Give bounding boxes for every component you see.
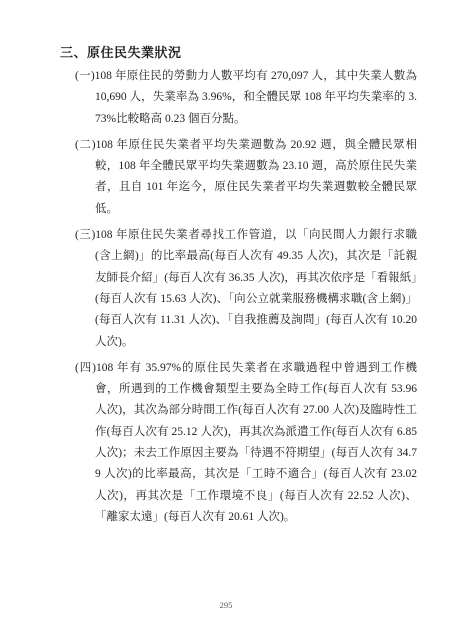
paragraph-marker: (四)	[75, 362, 96, 374]
body-paragraph: (一)108 年原住民的勞動力人數平均有 270,097 人，其中失業人數為 1…	[75, 66, 417, 130]
paragraph-list: (一)108 年原住民的勞動力人數平均有 270,097 人，其中失業人數為 1…	[75, 66, 417, 533]
body-paragraph: (三)108 年原住民失業者尋找工作管道，以「向民間人力銀行求職(含上網)」的比…	[75, 225, 417, 353]
paragraph-marker: (二)	[75, 139, 96, 151]
body-paragraph: (四)108 年有 35.97%的原住民失業者在求職過程中曾遇到工作機會，所遇到…	[75, 358, 417, 528]
section-heading: 三、原住民失業狀況	[60, 42, 182, 61]
paragraph-text: 108 年有 35.97%的原住民失業者在求職過程中曾遇到工作機會，所遇到的工作…	[95, 362, 417, 523]
paragraph-marker: (一)	[75, 70, 95, 82]
body-paragraph: (二)108 年原住民失業者平均失業週數為 20.92 週，與全體民眾相較，10…	[75, 135, 417, 220]
paragraph-marker: (三)	[75, 229, 95, 241]
paragraph-text: 108 年原住民的勞動力人數平均有 270,097 人，其中失業人數為 10,6…	[95, 70, 417, 125]
paragraph-text: 108 年原住民失業者平均失業週數為 20.92 週，與全體民眾相較，108 年…	[95, 139, 417, 215]
paragraph-text: 108 年原住民失業者尋找工作管道，以「向民間人力銀行求職(含上網)」的比率最高…	[95, 229, 417, 347]
document-page: 三、原住民失業狀況 (一)108 年原住民的勞動力人數平均有 270,097 人…	[0, 0, 452, 640]
page-number: 295	[0, 600, 452, 610]
